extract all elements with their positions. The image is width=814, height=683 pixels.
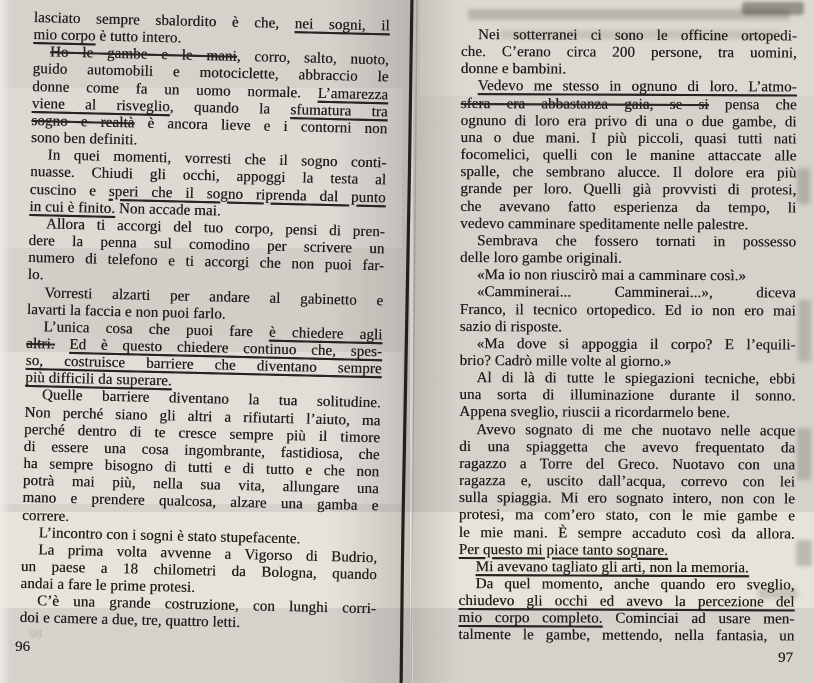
body-text: le mie mani. È sempre accaduto così da a… [459,525,795,542]
text-line: ognuno di loro era privo di una o due ga… [461,113,797,132]
underlined-text: mio corpo [33,27,96,44]
text-line: Sembrava che fossero tornati in possesso [460,233,796,252]
body-text: sazio di risposte. [460,319,562,335]
body-text: spalle, che sembrano alucce. Il dolore e… [460,164,796,181]
body-text: pensa che [709,97,797,113]
body-text: che. C’erano circa 200 persone, tra uomi… [461,44,797,61]
body-text: focomelici, quelli con le manine attacca… [460,147,796,164]
text-line: vedevo camminare speditamente nelle pale… [460,216,796,235]
text-line: Per questo mi piace tanto sognare. [459,542,795,561]
underlined-text: Mi avevano tagliato gli arti, non la mem… [476,559,749,576]
underlined-text: L’amarezza [318,85,389,103]
gutter-shadow [413,0,459,683]
text-line: ragazza e, uscito dall’acqua, correvo co… [459,473,795,492]
body-text: di una spiaggetta che avevo frequentato … [459,439,795,456]
body-text: Cominciai ad usare men- [603,611,795,628]
underlined-text: sfumatura tra [290,102,388,120]
text-line: delle loro gambe originali. [460,250,796,269]
body-text: correre. [22,507,69,524]
body-text: , quando la [170,99,291,118]
ink-showthrough [742,2,804,15]
body-text: ognuno di loro era privo di una o due ga… [461,113,797,130]
body-text: Franco, il tecnico ortopedico. Ed io non… [460,301,796,318]
struck-text: sogno e realtà [31,113,134,131]
body-text: una o due mani. I più piccoli, quasi tut… [460,130,796,147]
body-text: Non accade mai. [115,201,221,219]
page-edge-highlight [0,0,10,683]
text-line: di una spiaggetta che avevo frequentato … [459,439,795,458]
text-line: talmente le gambe, mettendo, nella fanta… [458,627,794,646]
text-line: sfera era abbastanza gaia, se si pensa c… [461,96,797,115]
ink-showthrough [468,9,790,20]
text-line: protesi, ma com’ero stato, con le mie ga… [459,507,795,526]
body-text: delle loro gambe originali. [460,250,622,267]
body-text: «Camminerai... Camminerai...», diceva [477,284,796,301]
text-line: che. C’erano circa 200 persone, tra uomi… [461,44,797,63]
body-text: Nei sotterranei ci sono le officine orto… [478,27,797,44]
body-text: Sembrava che fossero tornati in possesso [477,233,796,250]
text-line: mio corpo completo. Cominciai ad usare m… [458,610,794,629]
text-line: Mi avevano tagliato gli arti, non la mem… [459,559,795,578]
body-text: lo. [28,267,44,283]
body-text: grande per loro. Quelli già provvisti di… [460,181,796,198]
body-text: talmente le gambe, mettendo, nella fanta… [458,627,794,644]
text-line: Appena sveglio, riuscii a ricordarmelo b… [459,404,795,423]
text-line: focomelici, quelli con le manine attacca… [460,147,796,166]
body-text: che avevano fatto esperienza da tempo, l… [460,199,796,216]
ink-showthrough [798,300,811,362]
text-line: «Ma dove si appoggia il corpo? E l’equil… [460,336,796,355]
underlined-text: in cui è finito. [29,199,115,217]
body-text: Avevo sognato di me che nuotavo nelle ac… [476,422,795,439]
underlined-text: più difficili da superare. [25,370,172,389]
text-line: una o due mani. I più piccoli, quasi tut… [460,130,796,149]
body-text: , corro, salto, nuoto, [237,49,390,69]
text-line: Nei sotterranei ci sono le officine orto… [461,27,797,46]
struck-text: altri. [26,336,55,353]
body-text: è tutto intero. [95,29,181,47]
ghost-page-number: 98 [29,626,42,642]
text-line: Vedevo me stesso in ognuno di loro. L’at… [461,78,797,97]
text-line: «Camminerai... Camminerai...», diceva [460,284,796,303]
body-text: Da quel momento, anche quando ero svegli… [476,576,795,593]
underlined-text: nei sogni, il [294,16,389,34]
text-line: spalle, che sembrano alucce. Il dolore e… [460,164,796,183]
text-line: sulla spiaggia. Mi ero sognato intero, n… [459,490,795,509]
page-right-text: Nei sotterranei ci sono le officine orto… [458,27,797,646]
body-text: brio? Cadrò mille volte al giorno.» [460,353,672,370]
underlined-text: Per questo mi piace tanto sognare. [459,542,668,559]
text-line: Al di là di tutte le spiegazioni tecnich… [459,370,795,389]
body-text: donne e bambini. [461,61,566,77]
text-line: donne e bambini. [461,61,797,80]
text-line: che avevano fatto esperienza da tempo, l… [460,199,796,218]
body-text: protesi, ma com’ero stato, con le mie ga… [459,507,795,524]
body-text: «Ma dove si appoggia il corpo? E l’equil… [477,336,796,353]
text-line: grande per loro. Quelli già provvisti di… [460,181,796,200]
page-left-text: lasciato sempre sbalordito è che, nei so… [19,10,389,636]
text-line: ragazzo a Torre del Greco. Nuotavo con u… [459,456,795,475]
text-line: Da quel momento, anche quando ero svegli… [459,576,795,595]
text-line: Avevo sognato di me che nuotavo nelle ac… [459,422,795,441]
book-scan: lasciato sempre sbalordito è che, nei so… [0,0,814,683]
text-line: chiudevo gli occhi ed avevo la percezion… [458,593,794,612]
underlined-text: è chiedere agli [269,324,383,343]
ink-showthrough [797,428,811,480]
text-line: sazio di risposte. [460,319,796,338]
body-text [54,337,69,353]
underlined-text: viene al risveglio [32,96,170,115]
body-text: una sorta di illuminazione durante il so… [459,387,795,404]
underlined-text: Vedevo me stesso in ognuno di loro. L’at… [478,79,797,96]
body-text: «Ma io non riuscirò mai a camminare così… [477,267,746,284]
body-text: ragazza e, uscito dall’acqua, correvo co… [459,473,795,490]
page-number-left: 96 [15,639,30,656]
body-text: ragazzo a Torre del Greco. Nuotavo con u… [459,456,795,473]
body-text: cuscino e [30,182,109,200]
body-text: sono ben definiti. [31,130,138,149]
text-line: «Ma io non riuscirò mai a camminare così… [460,267,796,286]
body-text: vedevo camminare speditamente nelle pale… [460,216,748,233]
page-number-right: 97 [778,650,793,667]
text-line: brio? Cadrò mille volte al giorno.» [460,353,796,372]
underlined-text: chiudevo gli occhi ed avevo la percezion… [458,593,794,610]
text-line: le mie mani. È sempre accaduto così da a… [459,525,795,544]
body-text: Al di là di tutte le spiegazioni tecnich… [476,370,795,387]
underlined-text: mio corpo completo. [458,610,602,627]
body-text: Appena sveglio, riuscii a ricordarmelo b… [459,404,730,421]
ink-showthrough [796,540,812,566]
text-line: Franco, il tecnico ortopedico. Ed io non… [460,301,796,320]
ink-showthrough [797,168,810,204]
body-text: sulla spiaggia. Mi ero sognato intero, n… [459,490,795,507]
text-line: una sorta di illuminazione durante il so… [459,387,795,406]
struck-text: sfera era abbastanza gaia, se si [461,96,709,113]
